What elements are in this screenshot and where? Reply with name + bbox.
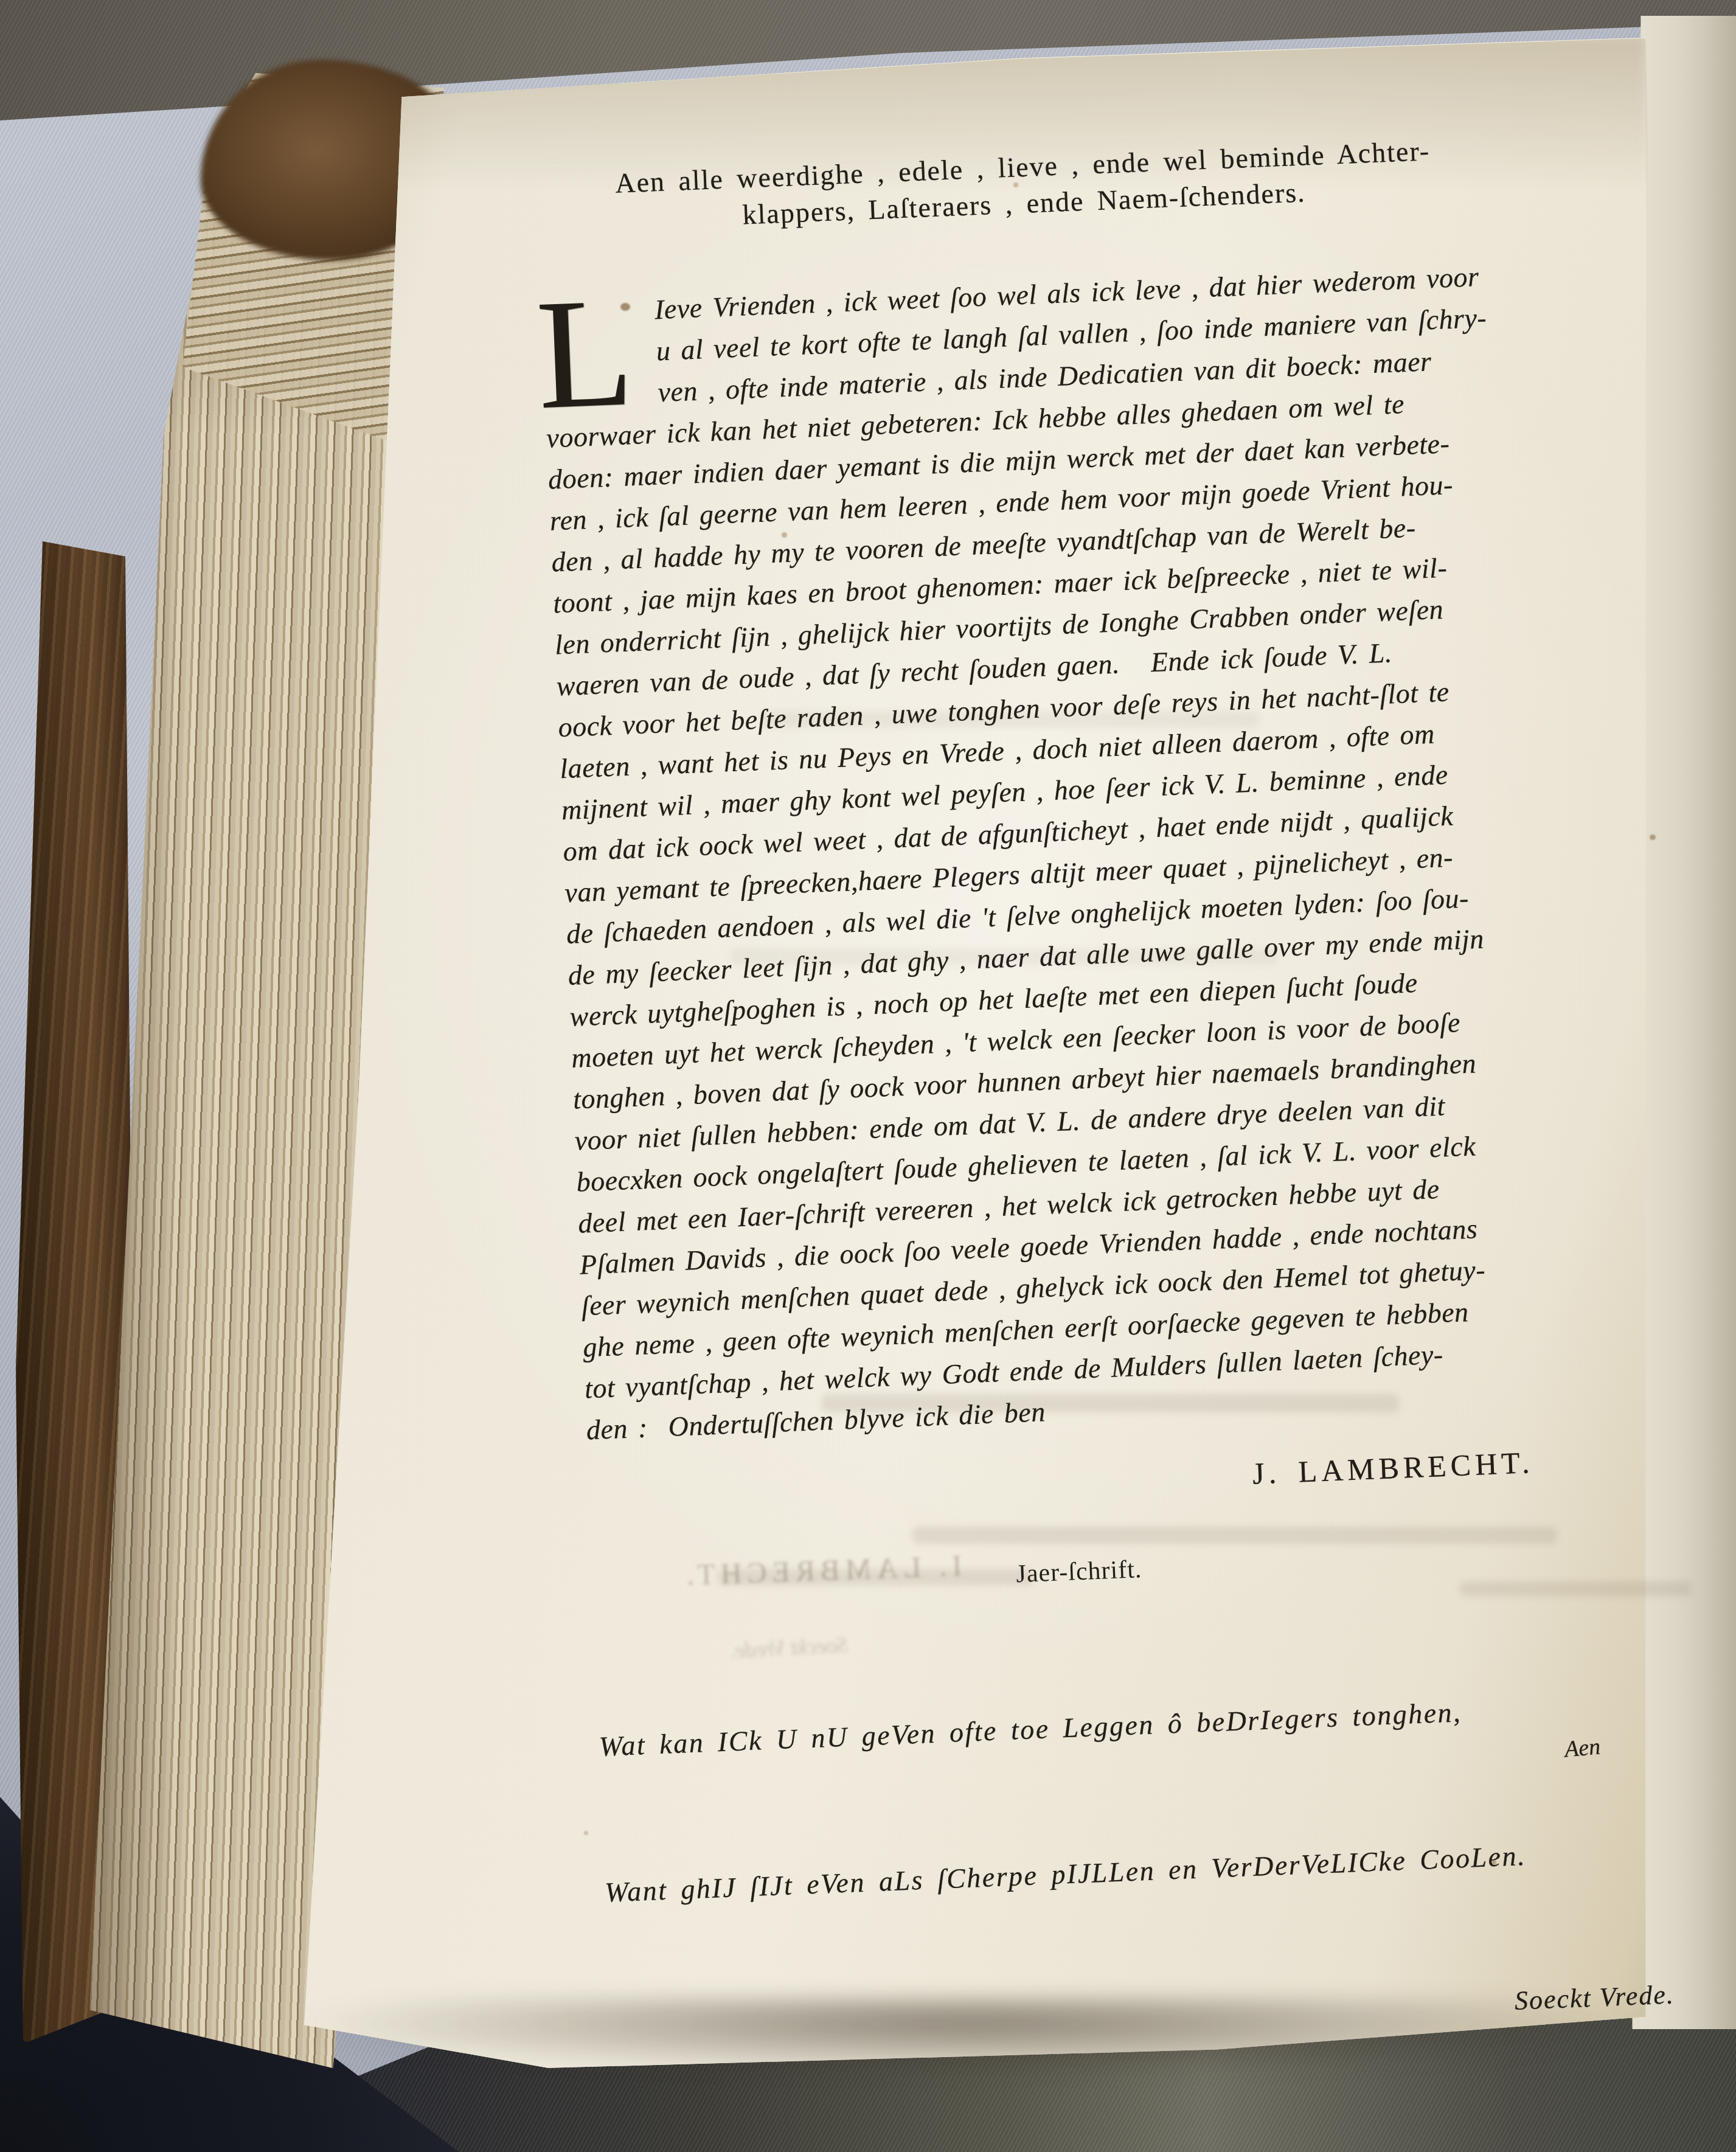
page-bottom-shadow xyxy=(292,1998,1654,2083)
chronogram-line-1: Wat kan ICk U nU geVen ofte toe Leggen ô… xyxy=(598,1684,1572,1771)
dedication-body: L Ieve Vrienden , ick weet ſoo wel als i… xyxy=(541,255,1560,1451)
paper-speck xyxy=(584,1831,588,1835)
paper-speck xyxy=(1650,835,1656,840)
chronogram-line-2: Want ghIJ ſIJt eVen aLs ſCherpe pIJLLen … xyxy=(604,1830,1578,1917)
photo-canvas: I. LAMBRECHT. Soeckt Vrede. Aen alle wee… xyxy=(0,0,1736,2152)
chronogram: Wat kan ICk U nU geVen ofte toe Leggen ô… xyxy=(594,1586,1582,2015)
facing-page-edge xyxy=(1630,16,1736,2029)
drop-cap-initial: L xyxy=(535,286,636,419)
catchword: Aen xyxy=(1563,1734,1602,1763)
printed-text-block: Aen alle weerdighe , edele , lieve , end… xyxy=(536,130,1584,2053)
author-signature: J. LAMBRECHT. xyxy=(588,1440,1563,1521)
